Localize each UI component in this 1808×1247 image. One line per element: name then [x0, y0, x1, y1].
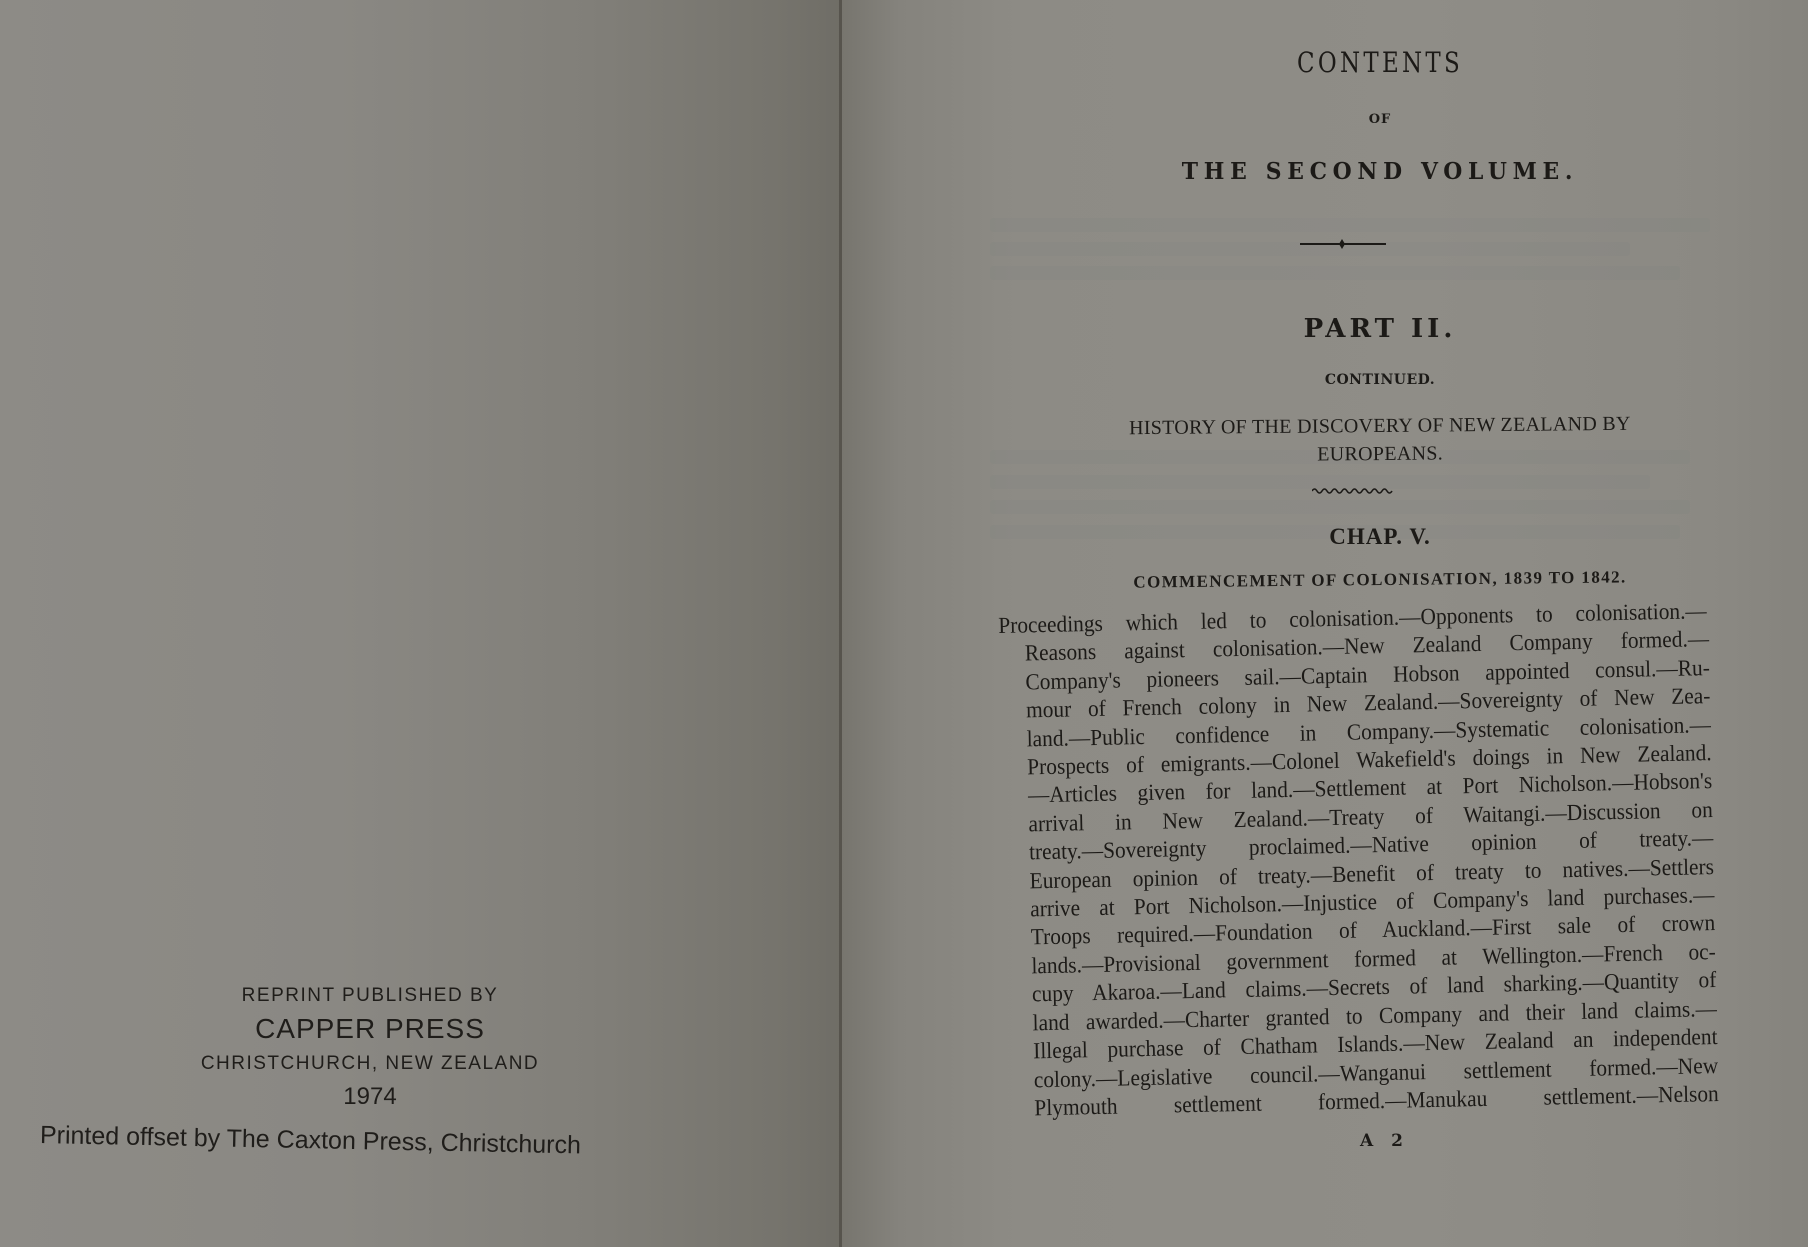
- volume-title: THE SECOND VOLUME.: [1019, 158, 1741, 185]
- show-through-text: [990, 218, 1710, 232]
- continued-label: CONTINUED.: [1000, 372, 1760, 388]
- book-gutter: [839, 0, 842, 1247]
- book-spread: REPRINT PUBLISHED BY CAPPER PRESS CHRIST…: [0, 0, 1808, 1247]
- show-through-text: [990, 266, 1680, 280]
- contents-title: CONTENTS: [1068, 46, 1691, 79]
- signature-mark: A 2: [1360, 1131, 1409, 1151]
- show-through-text: [990, 500, 1690, 514]
- chapter-summary: Proceedings which led to colonisation.—O…: [998, 596, 1771, 1123]
- publisher-name: CAPPER PRESS: [60, 1013, 680, 1045]
- part-heading: PART II.: [1000, 314, 1760, 344]
- publisher-location: CHRISTCHURCH, NEW ZEALAND: [60, 1053, 680, 1075]
- chapter-heading: CHAP. V.: [1000, 524, 1760, 550]
- publication-year: 1974: [60, 1083, 680, 1111]
- wavy-rule-icon: [1312, 487, 1394, 495]
- contents-of: OF: [1000, 112, 1760, 127]
- publisher-imprint: REPRINT PUBLISHED BY CAPPER PRESS CHRIST…: [30, 985, 680, 1150]
- part-subtitle: HISTORY OF THE DISCOVERY OF NEW ZEALAND …: [1000, 409, 1760, 472]
- reprint-line: REPRINT PUBLISHED BY: [60, 985, 680, 1007]
